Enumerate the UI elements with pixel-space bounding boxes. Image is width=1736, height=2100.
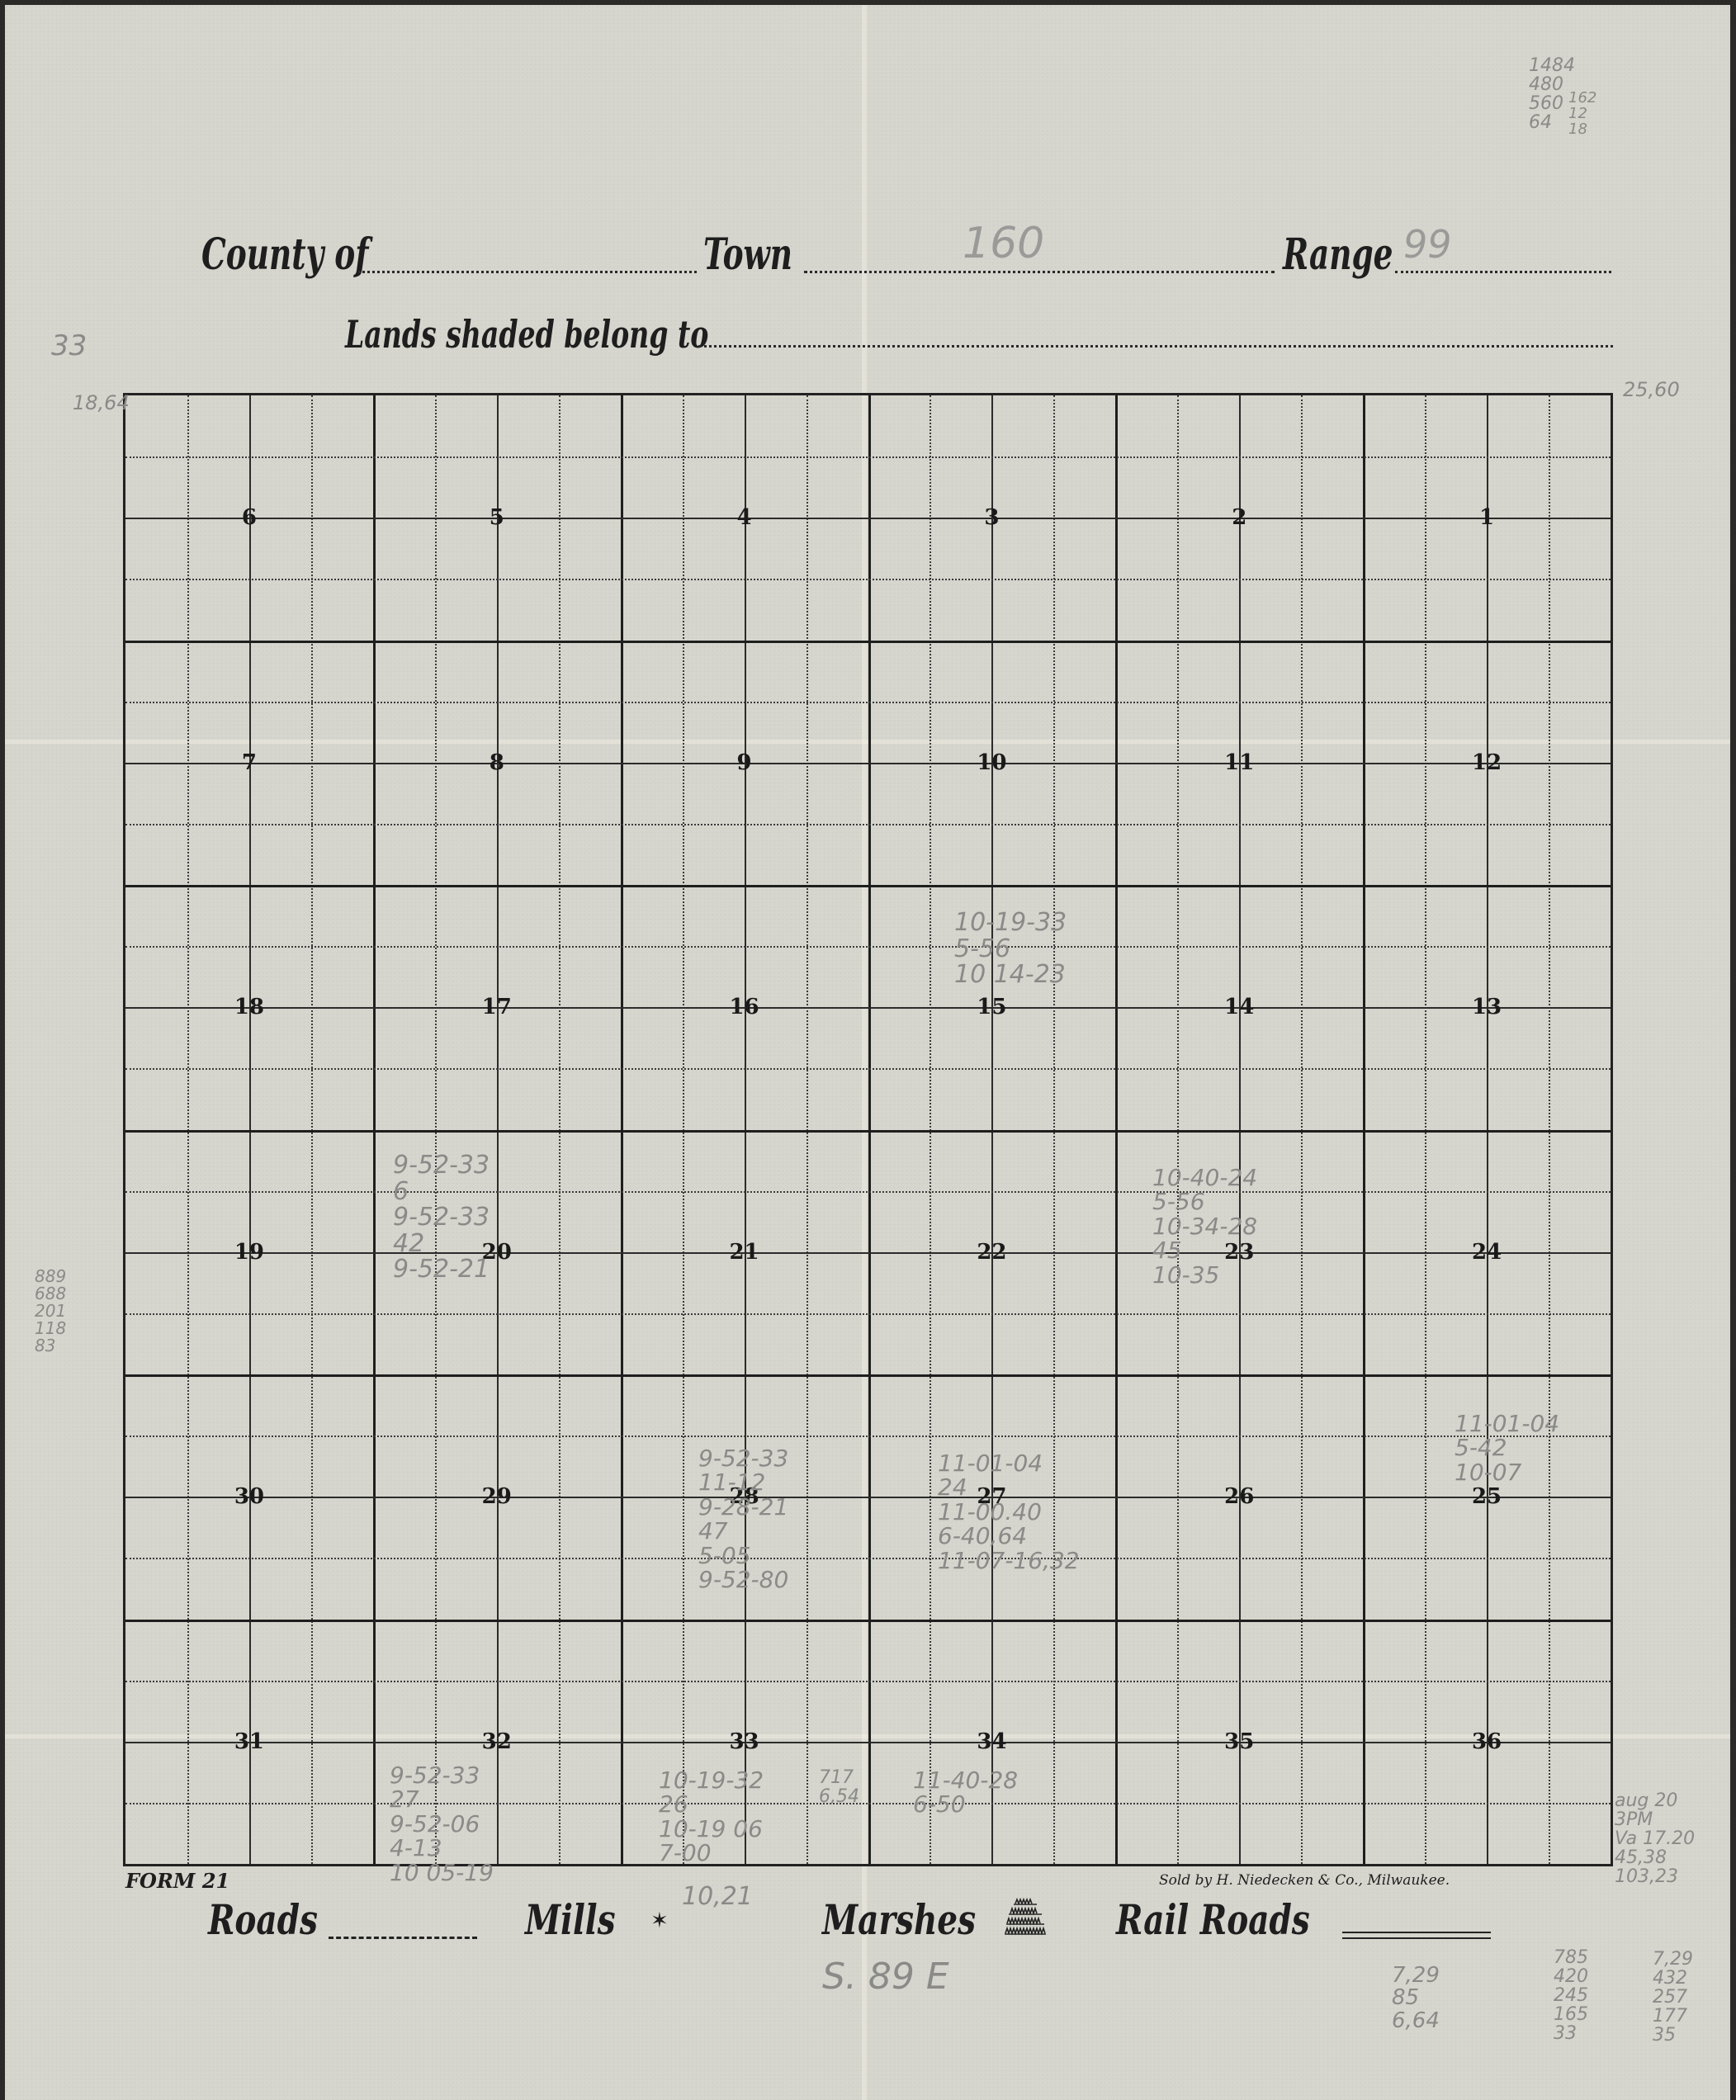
section-number: 13 [1472,995,1502,1019]
town-value: 160 [963,221,1044,267]
section-cell[interactable]: 34 [868,1620,1116,1865]
legend-mills-label: Mills [525,1895,616,1944]
section-number: 7 [242,750,257,775]
section-cell[interactable]: 35 [1115,1620,1363,1865]
section-number: 24 [1472,1240,1502,1265]
pencil-note-sec23: 10-40-24 5-56 10-34-28 45 10-35 [1152,1166,1257,1287]
pencil-note: 162 12 18 [1568,91,1596,138]
section-number: 30 [234,1484,264,1509]
pencil-note: S. 89 E [822,1958,949,1996]
pencil-note: 889 688 201 118 83 [35,1268,66,1355]
section-number: 25 [1472,1484,1502,1509]
section-number: 22 [977,1240,1006,1265]
section-number: 19 [234,1240,264,1265]
section-cell[interactable]: 29 [373,1374,621,1620]
section-cell[interactable]: 2 [1115,395,1363,641]
section-cell[interactable]: 6 [125,395,373,641]
section-cell[interactable]: 18 [125,885,373,1130]
legend-railroads-label: Rail Roads [1116,1895,1310,1944]
section-number: 34 [977,1729,1006,1754]
section-cell[interactable]: 8 [373,641,621,886]
range-field[interactable] [1395,271,1611,273]
section-number: 15 [977,995,1006,1019]
town-field[interactable] [804,271,1275,273]
section-cell[interactable]: 22 [868,1130,1116,1375]
section-number: 11 [1224,750,1254,775]
pencil-note-sec28: 9-52-33 11-12 9-28-21 47 5-05 9-52-80 [698,1446,788,1592]
section-number: 14 [1224,995,1254,1019]
section-cell[interactable]: 36 [1363,1620,1611,1865]
section-cell[interactable]: 11 [1115,641,1363,886]
road-line-symbol [329,1937,477,1939]
section-cell[interactable]: 14 [1115,885,1363,1130]
section-number: 9 [737,750,752,775]
section-number: 35 [1224,1729,1254,1754]
lands-owner-field[interactable] [698,345,1613,348]
section-number: 3 [984,505,999,530]
section-number: 17 [482,995,512,1019]
marsh-symbol-icon [1004,1895,1047,1940]
section-number: 18 [234,995,264,1019]
pencil-note: 18,64 [73,393,130,414]
section-cell[interactable]: 4 [621,395,868,641]
section-cell[interactable]: 19 [125,1130,373,1375]
section-number: 31 [234,1729,264,1754]
section-number: 32 [482,1729,512,1754]
pencil-note-sec27: 11-01-04 24 11-00.40 6-40,64 11-07-16,32 [938,1451,1080,1573]
section-number: 6 [242,505,257,530]
section-number: 16 [729,995,759,1019]
section-cell[interactable]: 31 [125,1620,373,1865]
pencil-note-sec32: 9-52-33 27 9-52-06 4-13 10 05-19 [390,1763,494,1885]
section-cell[interactable]: 13 [1363,885,1611,1130]
section-number: 29 [482,1484,512,1509]
section-cell[interactable]: 21 [621,1130,868,1375]
lands-label: Lands shaded belong to [345,312,708,357]
pencil-note-sec33-side: 717 6,54 [819,1768,859,1806]
town-label: Town [703,229,792,280]
form-number: FORM 21 [125,1869,229,1893]
section-number: 26 [1224,1484,1254,1509]
section-number: 2 [1232,505,1246,530]
section-number: 10 [977,750,1006,775]
range-label: Range [1283,229,1393,280]
section-cell[interactable]: 16 [621,885,868,1130]
section-cell[interactable]: 3 [868,395,1116,641]
section-cell[interactable]: 1 [1363,395,1611,641]
pencil-note-sec34: 11-40-28 6-50 [913,1768,1018,1817]
section-number: 12 [1472,750,1502,775]
section-number: 1 [1479,505,1494,530]
railroad-line-symbol [1342,1932,1491,1939]
legend-roads-label: Roads [208,1895,318,1944]
form-sheet: County of Town 160 Range 99 Lands shaded… [5,5,1730,2100]
section-cell[interactable]: 10 [868,641,1116,886]
section-number: 21 [729,1240,759,1265]
section-number: 8 [490,750,504,775]
pencil-note-sec25: 11-01-04 5-42 10-07 [1455,1412,1559,1484]
pencil-note: aug 20 3PM Va 17.20 45,38 103,23 [1615,1791,1695,1886]
county-field[interactable] [358,271,697,273]
pencil-note-sec15: 10-19-33 5-56 10 14-23 [954,910,1067,988]
pencil-note: 7,29 432 257 177 35 [1653,1950,1693,2045]
pencil-note: 10,21 [682,1884,753,1910]
pencil-note: 25,60 [1623,380,1680,400]
section-number: 33 [729,1729,759,1754]
section-number: 36 [1472,1729,1502,1754]
section-cell[interactable]: 5 [373,395,621,641]
pencil-note: 7,29 85 6,64 [1392,1965,1440,2032]
section-number: 5 [490,505,504,530]
county-label: County of [201,229,368,280]
publisher-credit: Sold by H. Niedecken & Co., Milwaukee. [1159,1872,1450,1889]
section-cell[interactable]: 24 [1363,1130,1611,1375]
legend-marshes-label: Marshes [822,1895,976,1944]
section-cell[interactable]: 12 [1363,641,1611,886]
section-cell[interactable]: 17 [373,885,621,1130]
pencil-note-sec33: 10-19-32 26 10-19 06 7-00 [659,1768,764,1866]
pencil-note-sec20: 9-52-33 6 9-52-33 42 9-52-21 [393,1152,490,1283]
section-cell[interactable]: 7 [125,641,373,886]
pencil-note: 785 420 245 165 33 [1554,1948,1588,2043]
section-cell[interactable]: 26 [1115,1374,1363,1620]
section-cell[interactable]: 9 [621,641,868,886]
township-grid: 6543217891011121817161514131920212223243… [123,393,1613,1866]
mill-star-icon: ✶ [650,1908,669,1933]
pencil-note: 33 [51,332,87,362]
range-value: 99 [1403,225,1452,264]
section-number: 4 [737,505,752,530]
section-cell[interactable]: 30 [125,1374,373,1620]
